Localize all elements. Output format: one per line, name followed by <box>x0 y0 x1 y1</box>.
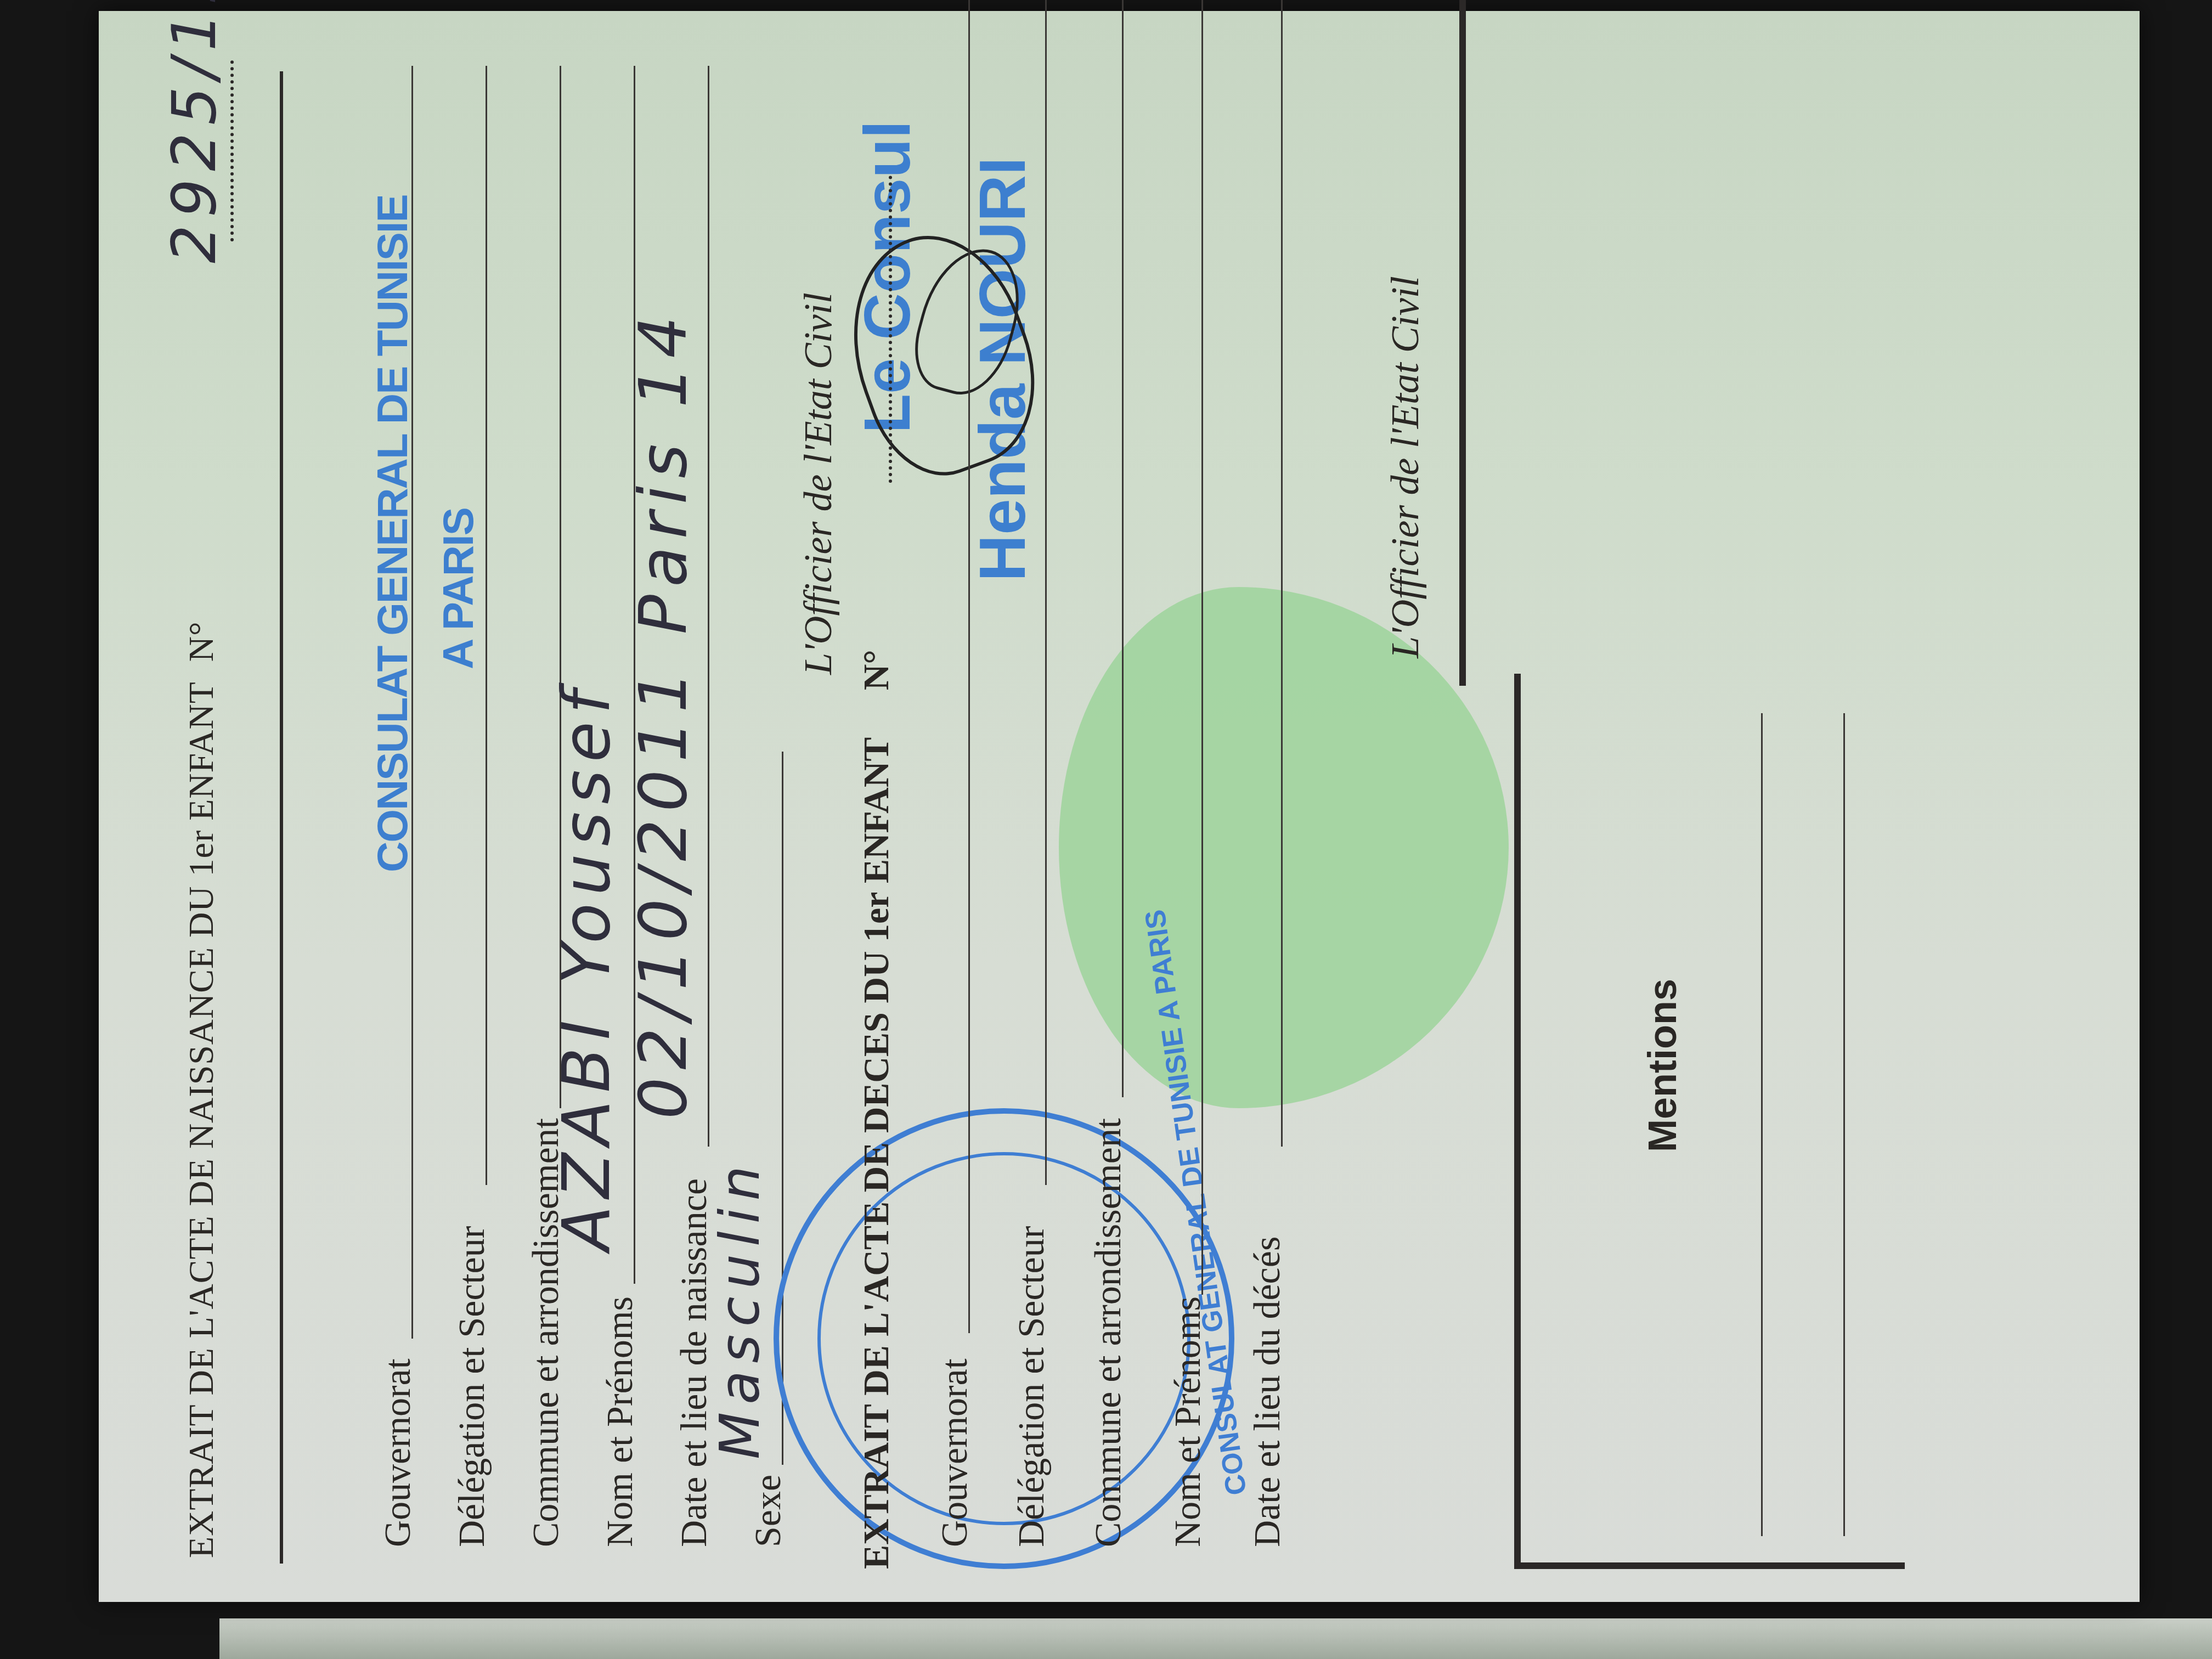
death-label-date-lieu: Date et lieu du décés <box>1245 1237 1289 1547</box>
document-page: EXTRAIT DE L'ACTE DE NAISSANCE DU 1er EN… <box>99 11 2140 1602</box>
death-officer-label: L'Officier de l'Etat Civil <box>1383 276 1428 658</box>
field-value-sexe: Masculin <box>708 1158 772 1459</box>
field-value-nom: AZABI Youssef <box>549 683 625 1251</box>
birth-number-dots <box>230 60 234 241</box>
birth-number-value: 2925/11 <box>159 0 229 263</box>
mentions-line-1 <box>1761 713 1763 1536</box>
tunisia-emblem-watermark <box>1059 587 1509 1108</box>
field-value-date-lieu: 02/10/2011 Paris 14 <box>625 308 702 1119</box>
birth-number-label: N° <box>182 621 221 662</box>
death-line-delegation <box>1045 0 1047 1185</box>
field-line-delegation <box>486 66 487 1185</box>
mentions-line-2 <box>1843 713 1845 1536</box>
death-line-commune <box>1122 0 1124 1097</box>
page-edge <box>219 1618 2212 1659</box>
death-line-nom <box>1201 0 1203 1295</box>
issuer-line1: CONSULAT GENERAL DE TUNISIE <box>368 195 417 872</box>
death-number-dots <box>889 176 892 483</box>
field-label-gouvernorat: Gouvernorat <box>376 1358 419 1547</box>
field-label-delegation: Délégation et Secteur <box>450 1226 493 1547</box>
mentions-box <box>1514 674 1905 1569</box>
death-label-delegation: Délégation et Secteur <box>1009 1226 1053 1547</box>
official-seal: CONSULAT GENERAL DE TUNISIE A PARIS <box>774 1108 1234 1569</box>
death-line-date-lieu <box>1281 0 1283 1147</box>
mentions-label: Mentions <box>1640 979 1685 1152</box>
birth-officer-label: L'Officier de l'Etat Civil <box>795 292 841 675</box>
death-line-gouvernorat <box>968 0 970 1333</box>
birth-title-text: EXTRAIT DE L'ACTE DE NAISSANCE DU 1er EN… <box>182 682 221 1558</box>
death-label-nom: Nom et Prénoms <box>1166 1296 1209 1547</box>
death-title-text: EXTRAIT DE L'ACTE DE DECES DU 1er ENFANT <box>856 738 896 1569</box>
death-label-gouvernorat: Gouvernorat <box>933 1358 976 1547</box>
death-number-label: N° <box>856 650 896 690</box>
field-line-gouvernorat <box>411 66 413 1339</box>
death-extract-title: EXTRAIT DE L'ACTE DE DECES DU 1er ENFANT… <box>856 650 898 1569</box>
title-underline <box>280 71 283 1564</box>
mentions-box-top-rule <box>1459 0 1466 686</box>
field-line-date-lieu <box>708 66 709 1147</box>
death-label-commune: Commune et arrondissement <box>1086 1118 1130 1547</box>
issuer-line2: A PARIS <box>433 508 483 669</box>
field-label-nom: Nom et Prénoms <box>598 1296 641 1547</box>
field-label-sexe: Sexe <box>746 1475 789 1547</box>
